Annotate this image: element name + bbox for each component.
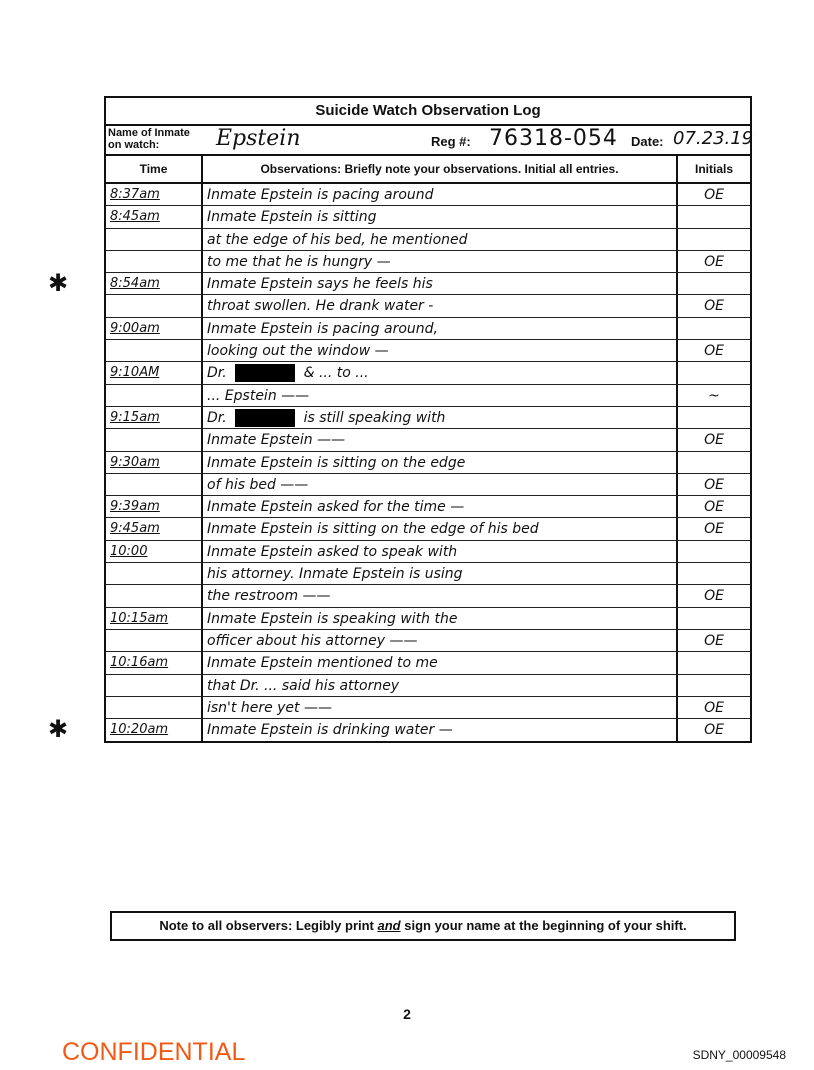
redaction-block [235,364,295,382]
log-entry-row: Inmate Epstein ——OE [106,429,750,451]
log-entry-row: throat swollen. He drank water -OE [106,295,750,317]
entry-time [106,385,203,406]
log-entry-row: 9:39amInmate Epstein asked for the time … [106,496,750,518]
log-entry-row: 9:00amInmate Epstein is pacing around, [106,318,750,340]
log-entry-row: 10:20amInmate Epstein is drinking water … [106,719,750,741]
entry-time [106,474,203,495]
log-entry-row: officer about his attorney ——OE [106,630,750,652]
inmate-info-row: Name of Inmate on watch: Epstein Reg #: … [106,126,750,156]
entry-initials [678,206,750,227]
note-emphasis: and [378,918,401,933]
entry-time: 9:10AM [106,362,203,383]
entry-initials [678,652,750,673]
date-label: Date: [631,134,664,149]
log-entry-row: 9:10AMDr. & ... to ... [106,362,750,384]
entry-initials [678,608,750,629]
entry-observation: to me that he is hungry — [203,251,678,272]
entry-observation: Inmate Epstein asked for the time — [203,496,678,517]
note-suffix: sign your name at the beginning of your … [401,918,687,933]
log-entry-row: the restroom ——OE [106,585,750,607]
entry-time [106,429,203,450]
entry-initials: OE [678,630,750,651]
log-entry-row: at the edge of his bed, he mentioned [106,229,750,251]
asterisk-mark-icon: ✱ [48,715,68,743]
entry-observation: throat swollen. He drank water - [203,295,678,316]
log-entry-row: 9:30amInmate Epstein is sitting on the e… [106,452,750,474]
entry-initials: OE [678,474,750,495]
entry-observation: Inmate Epstein —— [203,429,678,450]
entry-observation: Dr. & ... to ... [203,362,678,383]
entry-time: 10:00 [106,541,203,562]
entry-observation: his attorney. Inmate Epstein is using [203,563,678,584]
redaction-block [235,409,295,427]
entry-observation: Inmate Epstein is sitting on the edge of… [203,518,678,539]
entry-time: 9:39am [106,496,203,517]
entry-initials: OE [678,429,750,450]
entry-initials: OE [678,496,750,517]
entry-time [106,295,203,316]
form-title: Suicide Watch Observation Log [106,98,750,126]
log-entry-row: ... Epstein ——~ [106,385,750,407]
log-entry-row: of his bed ——OE [106,474,750,496]
entry-time [106,563,203,584]
entry-initials: OE [678,585,750,606]
entry-observation: Inmate Epstein is sitting [203,206,678,227]
log-entries: 8:37amInmate Epstein is pacing aroundOE8… [106,184,750,741]
entry-time: 8:54am [106,273,203,294]
entry-initials: ~ [678,385,750,406]
entry-initials [678,362,750,383]
entry-observation: Inmate Epstein is speaking with the [203,608,678,629]
entry-initials: OE [678,340,750,361]
entry-time: 9:30am [106,452,203,473]
col-time-header: Time [106,156,203,182]
bates-number: SDNY_00009548 [693,1048,786,1062]
entry-initials: OE [678,518,750,539]
entry-observation: Inmate Epstein is sitting on the edge [203,452,678,473]
entry-initials: OE [678,719,750,741]
entry-initials [678,452,750,473]
asterisk-mark-icon: ✱ [48,269,68,297]
log-entry-row: isn't here yet ——OE [106,697,750,719]
inmate-name: Epstein [216,126,301,151]
log-entry-row: 10:00Inmate Epstein asked to speak with [106,541,750,563]
entry-time [106,585,203,606]
entry-initials [678,273,750,294]
log-entry-row: 8:54amInmate Epstein says he feels his [106,273,750,295]
entry-initials: OE [678,295,750,316]
entry-time [106,675,203,696]
entry-observation: officer about his attorney —— [203,630,678,651]
entry-initials [678,675,750,696]
reg-label: Reg #: [431,134,471,149]
entry-observation: ... Epstein —— [203,385,678,406]
confidential-stamp: CONFIDENTIAL [62,1038,245,1067]
log-entry-row: looking out the window —OE [106,340,750,362]
entry-observation: that Dr. ... said his attorney [203,675,678,696]
entry-initials [678,563,750,584]
log-entry-row: to me that he is hungry —OE [106,251,750,273]
entry-time: 9:15am [106,407,203,428]
entry-initials [678,407,750,428]
entry-initials [678,229,750,250]
entry-time [106,229,203,250]
log-entry-row: 9:45amInmate Epstein is sitting on the e… [106,518,750,540]
col-initials-header: Initials [678,156,750,182]
entry-initials: OE [678,697,750,718]
entry-observation: Inmate Epstein says he feels his [203,273,678,294]
column-headers: Time Observations: Briefly note your obs… [106,156,750,184]
entry-time: 8:37am [106,184,203,205]
entry-observation: Inmate Epstein mentioned to me [203,652,678,673]
log-entry-row: 10:15amInmate Epstein is speaking with t… [106,608,750,630]
entry-time [106,340,203,361]
entry-initials: OE [678,251,750,272]
entry-observation: Dr. is still speaking with [203,407,678,428]
log-entry-row: 8:45amInmate Epstein is sitting [106,206,750,228]
page-number: 2 [0,1006,814,1022]
entry-time: 8:45am [106,206,203,227]
entry-time [106,697,203,718]
entry-observation: Inmate Epstein asked to speak with [203,541,678,562]
col-observations-header: Observations: Briefly note your observat… [203,156,678,182]
log-entry-row: his attorney. Inmate Epstein is using [106,563,750,585]
log-entry-row: 9:15amDr. is still speaking with [106,407,750,429]
entry-time: 9:00am [106,318,203,339]
entry-observation: Inmate Epstein is pacing around [203,184,678,205]
log-entry-row: that Dr. ... said his attorney [106,675,750,697]
entry-observation: isn't here yet —— [203,697,678,718]
entry-observation: at the edge of his bed, he mentioned [203,229,678,250]
observer-note: Note to all observers: Legibly print and… [110,911,736,941]
entry-time: 10:20am [106,719,203,741]
inmate-name-label: Name of Inmate on watch: [108,127,198,151]
observation-log-form: Suicide Watch Observation Log Name of In… [104,96,752,743]
entry-observation: the restroom —— [203,585,678,606]
log-date: 07.23.19 [673,128,753,149]
note-prefix: Note to all observers: Legibly print [159,918,377,933]
entry-time: 9:45am [106,518,203,539]
entry-initials: OE [678,184,750,205]
entry-initials [678,541,750,562]
entry-time: 10:16am [106,652,203,673]
reg-number: 76318-054 [489,126,618,151]
log-entry-row: 8:37amInmate Epstein is pacing aroundOE [106,184,750,206]
entry-observation: Inmate Epstein is drinking water — [203,719,678,741]
entry-observation: Inmate Epstein is pacing around, [203,318,678,339]
entry-observation: looking out the window — [203,340,678,361]
entry-time: 10:15am [106,608,203,629]
log-entry-row: 10:16amInmate Epstein mentioned to me [106,652,750,674]
entry-initials [678,318,750,339]
entry-observation: of his bed —— [203,474,678,495]
entry-time [106,630,203,651]
entry-time [106,251,203,272]
